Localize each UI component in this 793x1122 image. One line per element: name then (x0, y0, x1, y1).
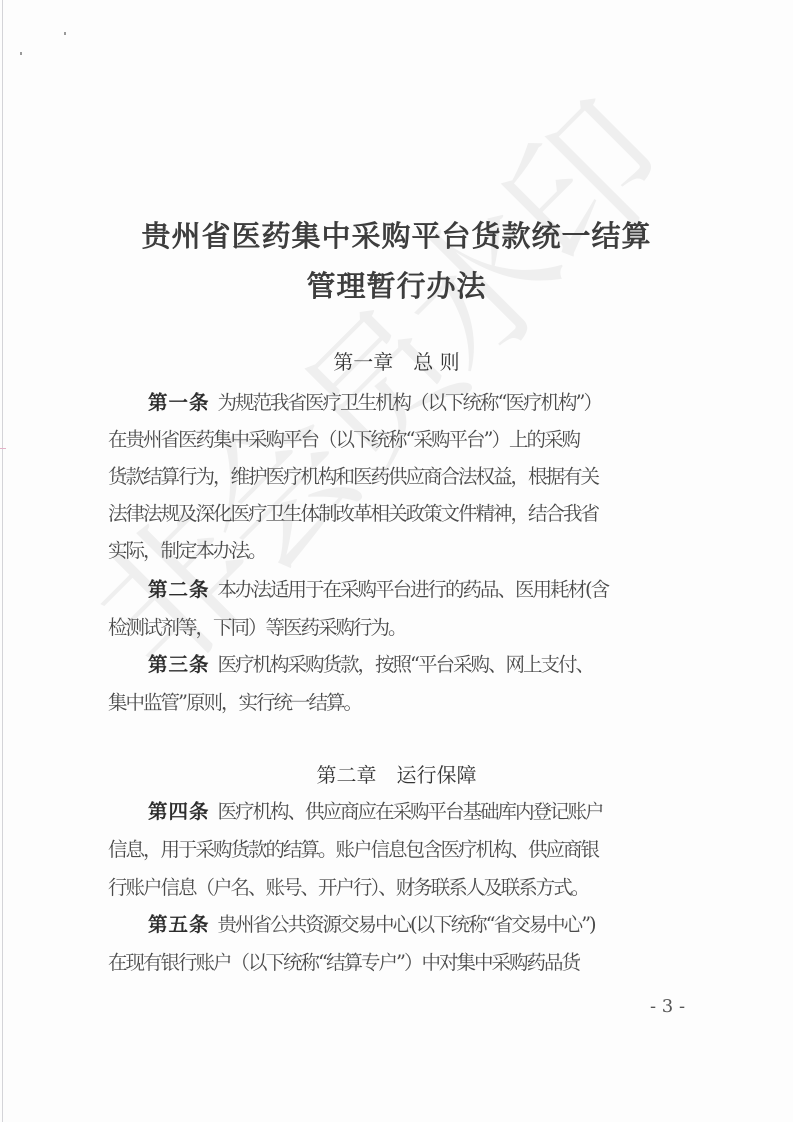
article-label: 第一条 (148, 391, 210, 414)
article-1-line-4: 法律法规及深化医疗卫生体制改革相关政策文件精神，结合我省 (108, 501, 708, 527)
article-1-line-5: 实际，制定本办法。 (108, 538, 708, 564)
article-1-line-3: 货款结算行为，维护医疗机构和医药供应商合法权益，根据有关 (108, 464, 708, 490)
article-5-line-1: 第五条贵州省公共资源交易中心(以下统称“省交易中心”) (148, 912, 748, 938)
article-5-line-2: 在现有银行账户（以下统称“结算专户”）中对集中采购药品货 (108, 950, 708, 976)
document-page: 非会员水印 贵州省医药集中采购平台货款统一结算 管理暂行办法 第一章 总 则 第… (0, 0, 793, 1122)
article-3-line-2: 集中监管”原则，实行统一结算。 (108, 690, 708, 716)
chapter-heading-1: 第一章 总 则 (0, 349, 793, 375)
article-text: 为规范我省医疗卫生机构（以下统称“医疗机构”） (218, 391, 601, 414)
article-text: 医疗机构、供应商应在采购平台基础库内登记账户 (218, 800, 603, 823)
document-title-line2: 管理暂行办法 (0, 269, 793, 303)
scan-edge-line (2, 0, 3, 1122)
article-text: 本办法适用于在采购平台进行的药品、医用耗材(含 (218, 578, 609, 601)
article-label: 第四条 (148, 800, 210, 823)
scan-speck (20, 52, 22, 55)
scan-edge-mark (0, 448, 6, 449)
scan-speck (64, 32, 66, 35)
article-label: 第五条 (148, 913, 210, 936)
page-number: - 3 - (650, 996, 685, 1017)
chapter-heading-2: 第二章 运行保障 (0, 762, 793, 788)
article-2-line-2: 检测试剂等，下同）等医药采购行为。 (108, 615, 708, 641)
article-4-line-1: 第四条医疗机构、供应商应在采购平台基础库内登记账户 (148, 799, 748, 825)
article-1-line-1: 第一条为规范我省医疗卫生机构（以下统称“医疗机构”） (148, 390, 748, 416)
article-4-line-3: 行账户信息（户名、账号、开户行）、财务联系人及联系方式。 (108, 875, 708, 901)
article-label: 第二条 (148, 578, 210, 601)
document-title-line1: 贵州省医药集中采购平台货款统一结算 (0, 219, 793, 253)
article-text: 贵州省公共资源交易中心(以下统称“省交易中心”) (218, 913, 595, 936)
watermark: 非会员水印 (40, 51, 702, 713)
article-1-line-2: 在贵州省医药集中采购平台（以下统称“采购平台”）上的采购 (108, 427, 708, 453)
article-label: 第三条 (148, 653, 210, 676)
article-4-line-2: 信息，用于采购货款的结算。账户信息包含医疗机构、供应商银 (108, 837, 708, 863)
article-text: 医疗机构采购货款，按照“平台采购、网上支付、 (218, 653, 593, 676)
article-2-line-1: 第二条本办法适用于在采购平台进行的药品、医用耗材(含 (148, 577, 748, 603)
article-3-line-1: 第三条医疗机构采购货款，按照“平台采购、网上支付、 (148, 652, 748, 678)
